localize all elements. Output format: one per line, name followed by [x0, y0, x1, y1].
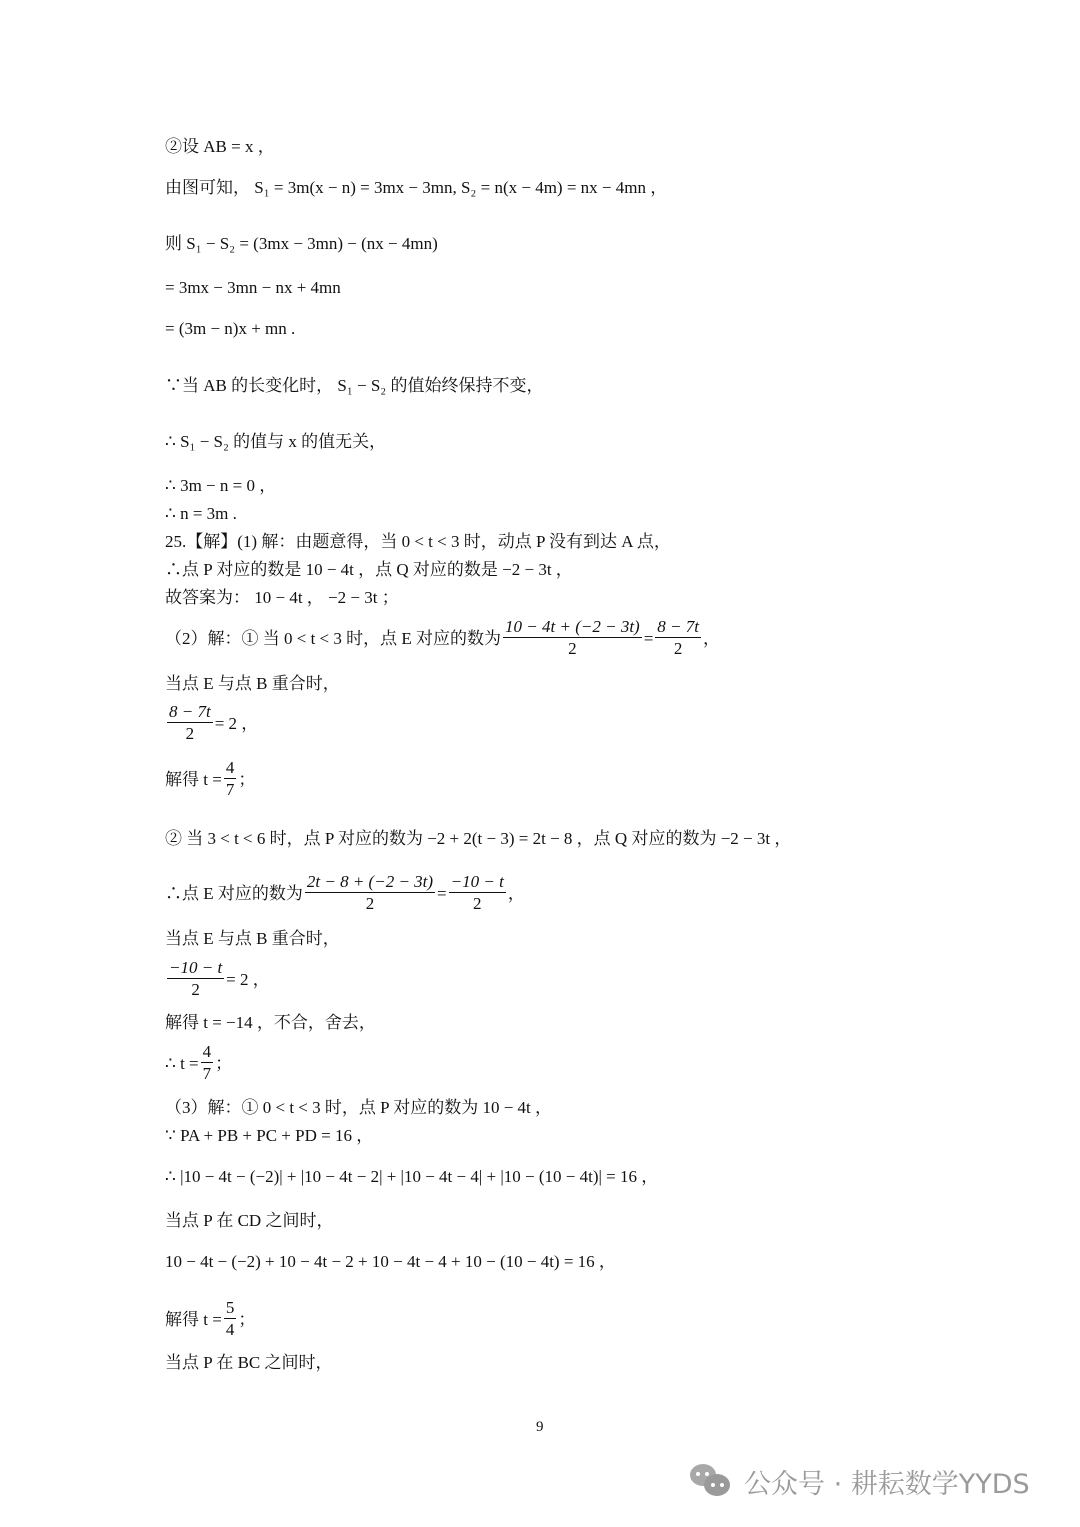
- fraction-suffix: ，: [508, 883, 525, 905]
- denominator: 7: [203, 1063, 212, 1085]
- fraction-suffix: ；: [215, 1053, 232, 1075]
- text-line: 解得 t = −14 ，不合，舍去，: [165, 1012, 376, 1034]
- text-line: 则 S₁ − S₂ = (3mx − 3mn) − (nx − 4mn): [165, 233, 438, 255]
- wechat-icon: [690, 1464, 734, 1500]
- denominator: 2: [366, 893, 375, 915]
- fraction: 8 − 7t 2: [655, 617, 701, 660]
- text-line: ∵当 AB 的长变化时， S₁ − S₂ 的值始终保持不变，: [165, 375, 543, 397]
- fraction: −10 − t 2: [449, 872, 506, 915]
- fraction: −10 − t 2: [167, 958, 224, 1001]
- text-line: ∴ n = 3m .: [165, 503, 237, 525]
- text-line: 当点 E 与点 B 重合时，: [165, 928, 340, 950]
- fraction-line: −10 − t 2 = 2 ，: [165, 958, 270, 1001]
- page-number: 9: [536, 1419, 544, 1436]
- numerator: −10 − t: [449, 872, 506, 893]
- fraction-line: 解得 t = 5 4 ；: [165, 1298, 255, 1341]
- fraction: 4 7: [201, 1042, 214, 1085]
- fraction-prefix: ∴点 E 对应的数为: [165, 883, 303, 905]
- text-line: = (3m − n)x + mn .: [165, 318, 295, 340]
- numerator: 2t − 8 + (−2 − 3t): [305, 872, 435, 893]
- fraction-line: （2）解：① 当 0 < t < 3 时，点 E 对应的数为 10 − 4t +…: [165, 617, 720, 660]
- equals: =: [644, 628, 654, 650]
- fraction: 8 − 7t 2: [167, 702, 213, 745]
- text-line: （3）解：① 0 < t < 3 时，点 P 对应的数为 10 − 4t ，: [165, 1097, 552, 1119]
- text-line: 10 − 4t − (−2) + 10 − 4t − 2 + 10 − 4t −…: [165, 1251, 616, 1273]
- text-line: 当点 E 与点 B 重合时，: [165, 673, 340, 695]
- fraction-suffix: ；: [238, 769, 255, 791]
- fraction-prefix: 解得 t =: [165, 1309, 222, 1331]
- fraction-line: 解得 t = 4 7 ；: [165, 758, 255, 801]
- fraction-prefix: ∴ t =: [165, 1053, 199, 1075]
- fraction-line: 8 − 7t 2 = 2 ，: [165, 702, 258, 745]
- denominator: 7: [226, 779, 235, 801]
- text-line: ∴点 P 对应的数是 10 − 4t ，点 Q 对应的数是 −2 − 3t ，: [165, 559, 573, 581]
- denominator: 2: [186, 723, 195, 745]
- fraction: 4 7: [224, 758, 237, 801]
- fraction-prefix: 解得 t =: [165, 769, 222, 791]
- fraction: 2t − 8 + (−2 − 3t) 2: [305, 872, 435, 915]
- fraction: 10 − 4t + (−2 − 3t) 2: [503, 617, 642, 660]
- document-page: ②设 AB = x ， 由图可知， S₁ = 3m(x − n) = 3mx −…: [0, 0, 1080, 1527]
- watermark: 公众号 · 耕耘数学YYDS: [690, 1462, 1030, 1501]
- fraction-suffix: ，: [703, 628, 720, 650]
- text-line: 当点 P 在 CD 之间时，: [165, 1210, 333, 1232]
- fraction-line: ∴ t = 4 7 ；: [165, 1042, 232, 1085]
- fraction-suffix: ；: [238, 1309, 255, 1331]
- fraction-suffix: = 2 ，: [226, 969, 270, 991]
- numerator: −10 − t: [167, 958, 224, 979]
- text-line: 当点 P 在 BC 之间时，: [165, 1352, 333, 1374]
- numerator: 4: [201, 1042, 214, 1063]
- text-line: ∴ 3m − n = 0 ，: [165, 475, 276, 497]
- fraction: 5 4: [224, 1298, 237, 1341]
- numerator: 10 − 4t + (−2 − 3t): [503, 617, 642, 638]
- denominator: 2: [473, 893, 482, 915]
- fraction-suffix: = 2 ，: [215, 713, 259, 735]
- denominator: 4: [226, 1319, 235, 1341]
- watermark-text: 公众号 · 耕耘数学YYDS: [744, 1462, 1030, 1501]
- denominator: 2: [674, 638, 683, 660]
- denominator: 2: [191, 979, 200, 1001]
- text-line: ∴ |10 − 4t − (−2)| + |10 − 4t − 2| + |10…: [165, 1166, 658, 1188]
- equals: =: [437, 883, 447, 905]
- text-line: ②设 AB = x ，: [165, 136, 275, 158]
- text-line: ② 当 3 < t < 6 时，点 P 对应的数为 −2 + 2(t − 3) …: [165, 828, 791, 850]
- text-line: ∴ S₁ − S₂ 的值与 x 的值无关，: [165, 431, 386, 453]
- text-line: ∵ PA + PB + PC + PD = 16 ，: [165, 1125, 373, 1147]
- denominator: 2: [568, 638, 577, 660]
- text-line: = 3mx − 3mn − nx + 4mn: [165, 277, 341, 299]
- numerator: 8 − 7t: [655, 617, 701, 638]
- fraction-prefix: （2）解：① 当 0 < t < 3 时，点 E 对应的数为: [165, 628, 501, 650]
- fraction-line: ∴点 E 对应的数为 2t − 8 + (−2 − 3t) 2 = −10 − …: [165, 872, 525, 915]
- numerator: 5: [224, 1298, 237, 1319]
- text-line: 故答案为： 10 − 4t ， −2 − 3t ；: [165, 587, 399, 609]
- numerator: 8 − 7t: [167, 702, 213, 723]
- question-25-heading: 25.【解】(1) 解：由题意得，当 0 < t < 3 时，动点 P 没有到达…: [165, 531, 671, 553]
- numerator: 4: [224, 758, 237, 779]
- text-line: 由图可知， S₁ = 3m(x − n) = 3mx − 3mn, S₂ = n…: [165, 177, 667, 199]
